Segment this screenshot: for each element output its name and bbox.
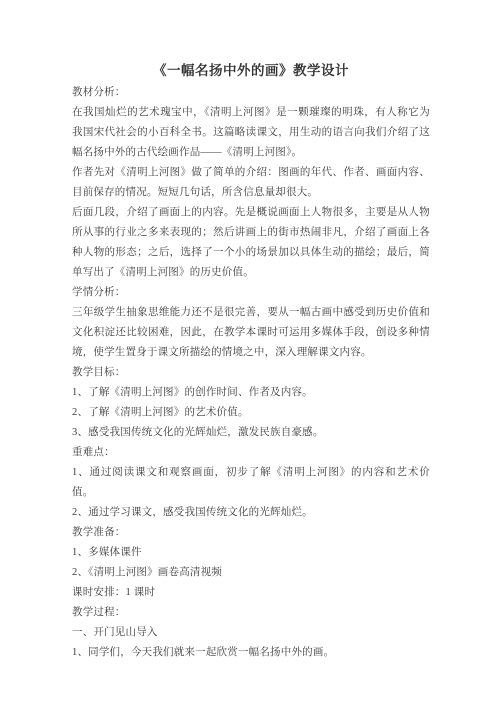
list-item: 1、通过阅读课文和观察画面，初步了解《清明上河图》的内容和艺术价值。 bbox=[72, 463, 430, 503]
heading-teaching-preparation: 教学准备： bbox=[72, 523, 430, 543]
list-item: 1、多媒体课件 bbox=[72, 543, 430, 563]
heading-learner-analysis: 学情分析： bbox=[72, 283, 430, 303]
paragraph: 后面几段，介绍了画面上的内容。先是概说画面上人物很多，主要是从人物所从事的行业之… bbox=[72, 203, 430, 283]
list-item: 3、感受我国传统文化的光辉灿烂，激发民族自豪感。 bbox=[72, 423, 430, 443]
heading-textbook-analysis: 教材分析： bbox=[72, 83, 430, 103]
heading-key-difficult-points: 重难点： bbox=[72, 443, 430, 463]
list-item: 1、了解《清明上河图》的创作时间、作者及内容。 bbox=[72, 383, 430, 403]
document-content: 《一幅名扬中外的画》教学设计 教材分析： 在我国灿烂的艺术瑰宝中，《清明上河图》… bbox=[72, 61, 430, 663]
paragraph: 三年级学生抽象思维能力还不是很完善，要从一幅古画中感受到历史价值和文化积淀还比较… bbox=[72, 303, 430, 363]
heading-teaching-objectives: 教学目标： bbox=[72, 363, 430, 383]
document-title: 《一幅名扬中外的画》教学设计 bbox=[72, 61, 430, 80]
paragraph: 一、开门见山导入 bbox=[72, 623, 430, 643]
paragraph: 1、同学们，今天我们就来一起欣赏一幅名扬中外的画。 bbox=[72, 643, 430, 663]
paragraph: 作者先对《清明上河图》做了简单的介绍：图画的年代、作者、画面内容、目前保存的情况… bbox=[72, 163, 430, 203]
list-item: 2、《清明上河图》画卷高清视频 bbox=[72, 563, 430, 583]
class-schedule-line: 课时安排：1 课时 bbox=[72, 583, 430, 603]
list-item: 2、了解《清明上河图》的艺术价值。 bbox=[72, 403, 430, 423]
heading-teaching-process: 教学过程： bbox=[72, 603, 430, 623]
paragraph: 在我国灿烂的艺术瑰宝中，《清明上河图》是一颗璀璨的明珠，有人称它为我国宋代社会的… bbox=[72, 103, 430, 163]
list-item: 2、通过学习课文，感受我国传统文化的光辉灿烂。 bbox=[72, 503, 430, 523]
document-page: 《一幅名扬中外的画》教学设计 教材分析： 在我国灿烂的艺术瑰宝中，《清明上河图》… bbox=[0, 0, 500, 707]
